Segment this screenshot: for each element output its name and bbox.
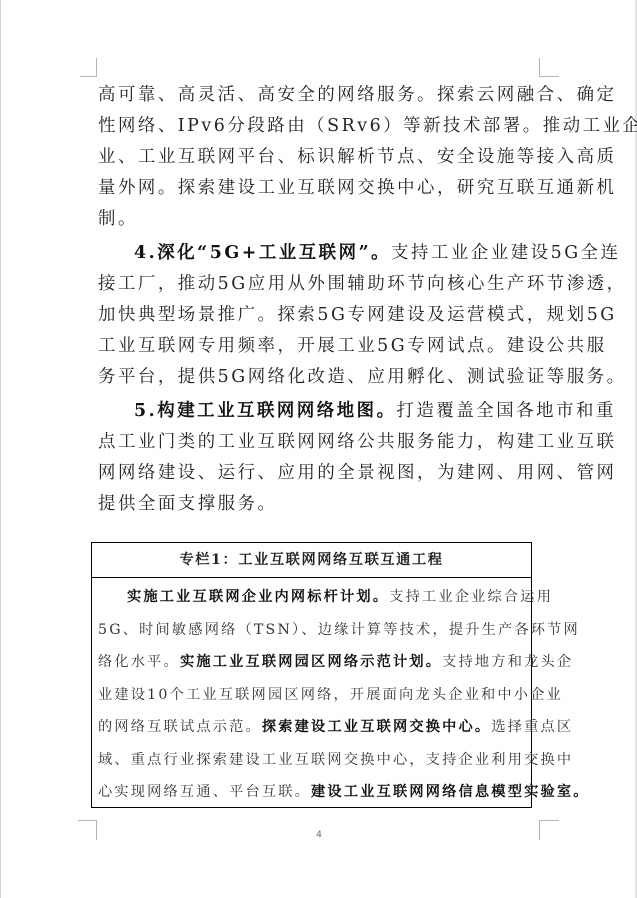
paragraph-network-services: 高可靠、高灵活、高安全的网络服务。探索云网融合、确定 性网络、IPv6分段路由（… — [98, 80, 542, 235]
box-text-run: 络化水平。 — [98, 654, 180, 670]
text-line: 点工业门类的工业互联网网络公共服务能力，构建工业互联 — [98, 427, 542, 458]
column-box-title: 专栏1：工业互联网网络互联互通工程 — [92, 543, 531, 578]
box-line: 业建设10个工业互联网园区网络，开展面向龙头企业和中小企业 — [98, 679, 531, 712]
text-line: 加快典型场景推广。探索5G专网建设及运营模式，规划5G — [98, 300, 542, 331]
document-body: 高可靠、高灵活、高安全的网络服务。探索云网融合、确定 性网络、IPv6分段路由（… — [98, 80, 542, 520]
crop-mark-top-left — [80, 58, 97, 77]
text-line: 性网络、IPv6分段路由（SRv6）等新技术部署。推动工业企 — [98, 111, 542, 142]
box-text-run: 的网络互联试点示范。 — [98, 719, 262, 735]
text-line: 5.构建工业互联网网络地图。打造覆盖全国各地市和重 — [98, 396, 542, 427]
box-text-run: 支持工业企业综合运用 — [389, 589, 553, 605]
crop-mark-top-right — [539, 58, 559, 77]
text-line: 制。 — [98, 204, 542, 235]
crop-mark-bottom-right — [539, 820, 559, 840]
text-line: 业、工业互联网平台、标识解析节点、安全设施等接入高质 — [98, 142, 542, 173]
box-bold-run: 建设工业互联网网络信息模型实验室。 — [311, 784, 590, 800]
section-heading-4: 4.深化“5G+工业互联网”。 — [134, 243, 391, 263]
crop-mark-bottom-left — [78, 820, 97, 840]
text-line: 提供全面支撑服务。 — [98, 489, 542, 520]
section-heading-5: 5.构建工业互联网网络地图。 — [134, 401, 397, 421]
paragraph-section-5: 5.构建工业互联网网络地图。打造覆盖全国各地市和重 点工业门类的工业互联网网络公… — [98, 396, 542, 520]
box-line: 域、重点行业探索建设工业互联网交换中心，支持企业利用交换中 — [98, 744, 531, 777]
column-box-body: 实施工业互联网企业内网标杆计划。支持工业企业综合运用 5G、时间敏感网络（TSN… — [92, 578, 531, 809]
box-text-run: 支持地方和龙头企 — [442, 654, 573, 670]
box-text-run: 心实现网络互通、平台互联。 — [98, 784, 311, 800]
box-line: 络化水平。实施工业互联网园区网络示范计划。支持地方和龙头企 — [98, 646, 531, 679]
box-line: 心实现网络互通、平台互联。建设工业互联网网络信息模型实验室。 — [98, 776, 531, 809]
text-run: 打造覆盖全国各地市和重 — [397, 401, 616, 421]
box-text-run: 5G、时间敏感网络（TSN）、边缘计算等技术，提升生产各环节网 — [98, 622, 580, 638]
box-bold-run: 实施工业互联网园区网络示范计划。 — [180, 654, 442, 670]
text-run: 支持工业企业建设5G全连 — [391, 243, 620, 263]
paragraph-section-4: 4.深化“5G+工业互联网”。支持工业企业建设5G全连 接工厂，推动5G应用从外… — [98, 238, 542, 393]
text-line: 量外网。探索建设工业互联网交换中心，研究互联互通新机 — [98, 173, 542, 204]
box-line: 实施工业互联网企业内网标杆计划。支持工业企业综合运用 — [98, 581, 531, 614]
text-line: 接工厂，推动5G应用从外围辅助环节向核心生产环节渗透， — [98, 269, 542, 300]
text-line: 工业互联网专用频率，开展工业5G专网试点。建设公共服 — [98, 331, 542, 362]
text-line: 务平台，提供5G网络化改造、应用孵化、测试验证等服务。 — [98, 362, 542, 393]
column-box: 专栏1：工业互联网网络互联互通工程 实施工业互联网企业内网标杆计划。支持工业企业… — [91, 542, 532, 808]
box-bold-run: 实施工业互联网企业内网标杆计划。 — [127, 589, 389, 605]
box-line: 的网络互联试点示范。探索建设工业互联网交换中心。选择重点区 — [98, 711, 531, 744]
text-line: 4.深化“5G+工业互联网”。支持工业企业建设5G全连 — [98, 238, 542, 269]
page-edge-left — [0, 0, 1, 898]
box-text-run: 选择重点区 — [491, 719, 573, 735]
text-line: 网网络建设、运行、应用的全景视图，为建网、用网、管网 — [98, 458, 542, 489]
box-text-run: 域、重点行业探索建设工业互联网交换中心，支持企业利用交换中 — [98, 752, 573, 768]
box-line: 5G、时间敏感网络（TSN）、边缘计算等技术，提升生产各环节网 — [98, 614, 531, 647]
box-bold-run: 探索建设工业互联网交换中心。 — [262, 719, 491, 735]
box-text-run: 业建设10个工业互联网园区网络，开展面向龙头企业和中小企业 — [98, 687, 563, 703]
page-number: 4 — [312, 830, 326, 840]
text-line: 高可靠、高灵活、高安全的网络服务。探索云网融合、确定 — [98, 80, 542, 111]
